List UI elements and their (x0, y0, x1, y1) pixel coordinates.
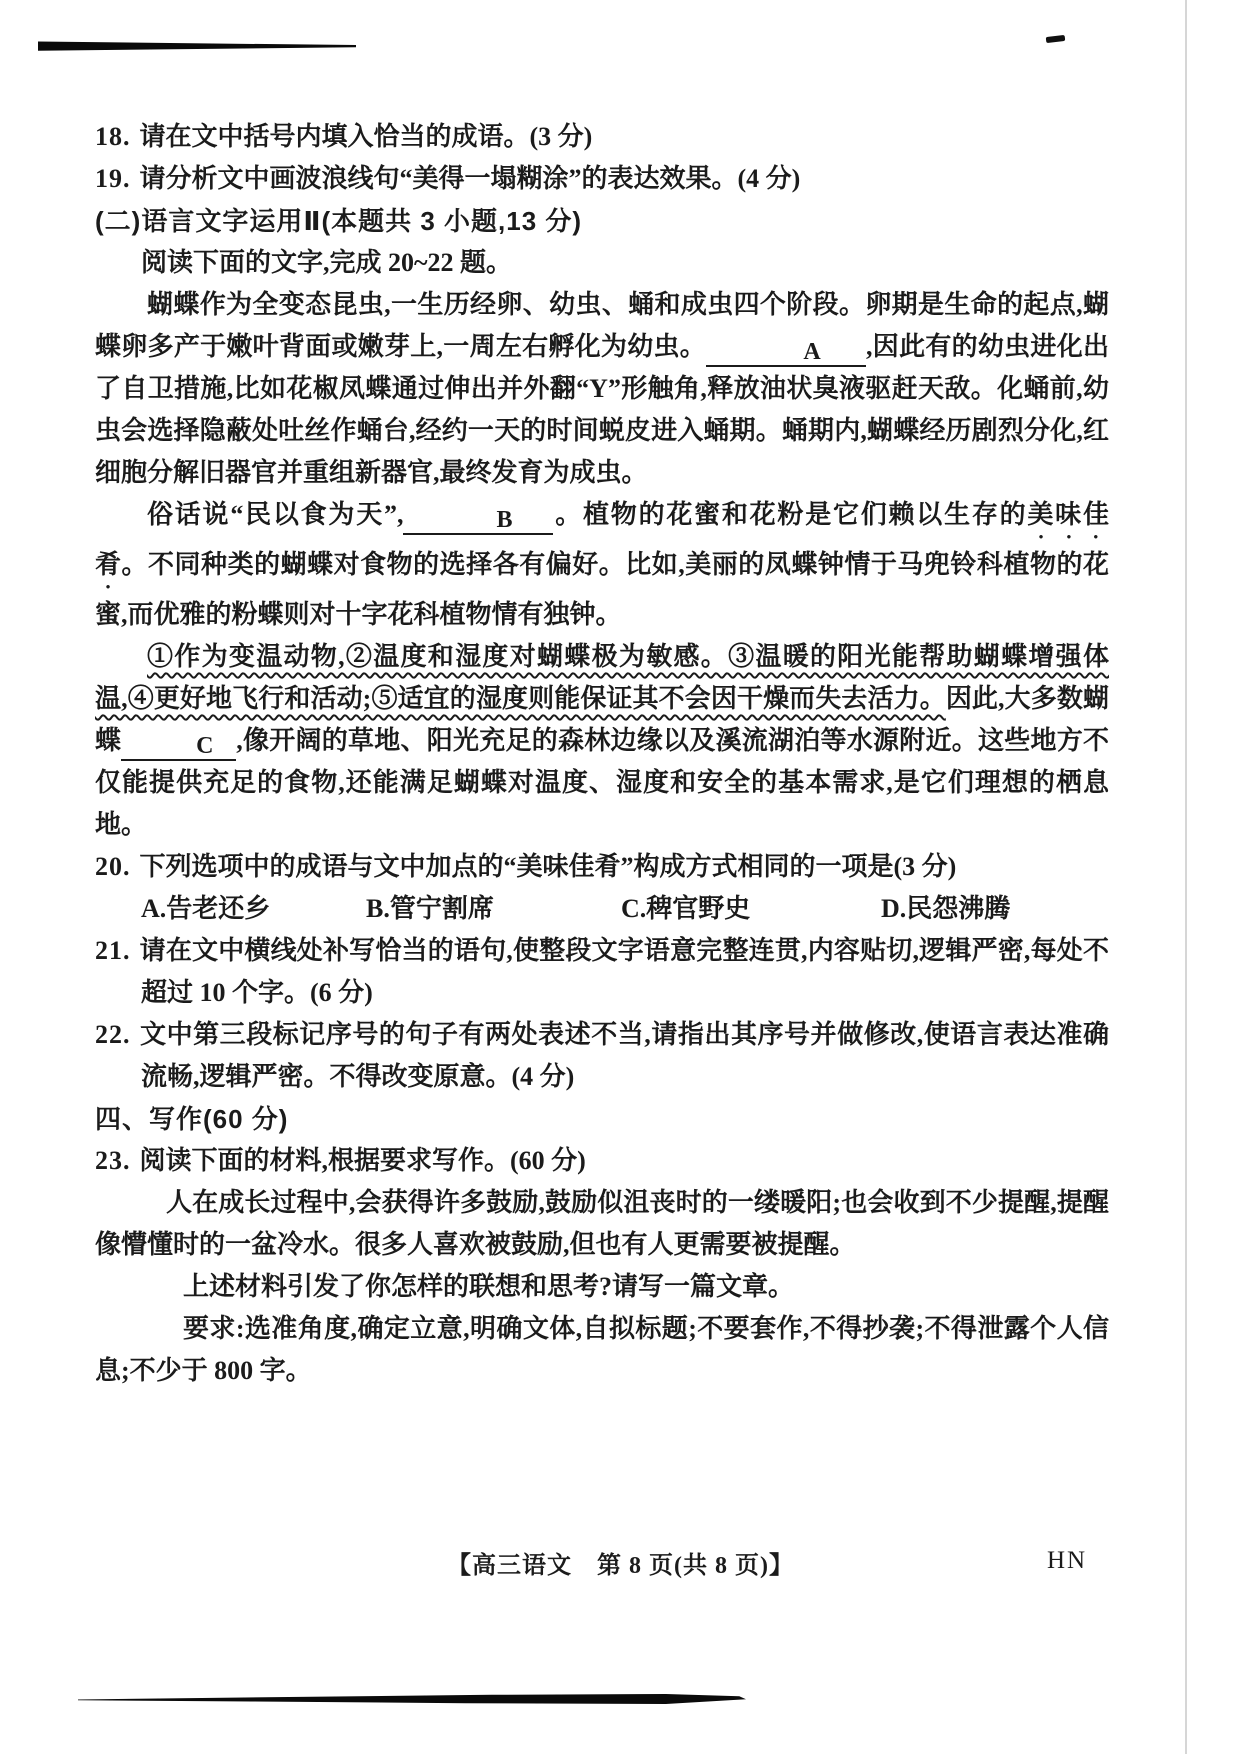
paper-code: HN (1047, 1547, 1087, 1575)
scan-artifact-top-right-dash (1046, 35, 1066, 43)
option-B: B.管宁割席 (366, 888, 621, 930)
essay-prompt: 上述材料引发了你怎样的联想和思考?请写一篇文章。 (95, 1266, 1109, 1308)
text-run: 俗话说“民以食为天”, (147, 500, 403, 529)
essay-requirements: 要求:选准角度,确定立意,明确文体,自拟标题;不要套作,不得抄袭;不得泄露个人信… (95, 1308, 1109, 1392)
text-run: ,像开阔的草地、阳光充足的森林边缘以及溪流湖泊等水源附近。这些地方不仅能提供充足… (95, 726, 1109, 839)
section-heading-writing: 四、写作(60 分) (95, 1098, 1109, 1140)
passage-paragraph-2: 俗话说“民以食为天”,B。植物的花蜜和花粉是它们赖以生存的美味佳肴。不同种类的蝴… (95, 494, 1109, 636)
answer-blank-A: A (706, 339, 866, 367)
question-23: 23.阅读下面的材料,根据要求写作。(60 分) (95, 1140, 1109, 1182)
text-run: 下列选项中的成语与文中加点的“美味佳肴”构成方式相同的一项是(3 分) (140, 852, 957, 881)
exam-content: 18.请在文中括号内填入恰当的成语。(3 分)19.请分析文中画波浪线句“美得一… (95, 116, 1109, 1392)
section-heading-language-use-2: (二)语言文字运用Ⅱ(本题共 3 小题,13 分) (95, 200, 1109, 242)
answer-blank-C: C (121, 733, 236, 761)
text-run: 。不同种类的蝴蝶对食物的选择各有偏好。比如,美丽的凤蝶钟情于马兜铃科植物的花蜜,… (95, 550, 1109, 629)
essay-material: 人在成长过程中,会获得许多鼓励,鼓励似沮丧时的一缕暖阳;也会收到不少提醒,提醒像… (95, 1182, 1109, 1266)
text-run: 请分析文中画波浪线句“美得一塌糊涂”的表达效果。(4 分) (140, 164, 801, 193)
question-number: 22. (95, 1020, 131, 1049)
text-run: 请在文中括号内填入恰当的成语。(3 分) (140, 122, 593, 151)
option-D: D.民怨沸腾 (881, 888, 1010, 930)
question-number: 19. (95, 164, 131, 193)
question-19: 19.请分析文中画波浪线句“美得一塌糊涂”的表达效果。(4 分) (95, 158, 1109, 200)
question-number: 18. (95, 122, 131, 151)
page-edge-line (1185, 0, 1187, 1754)
text-run: 阅读下面的文字,完成 20~22 题。 (141, 248, 512, 277)
text-run: 文中第三段标记序号的句子有两处表述不当,请指出其序号并做修改,使语言表达准确流畅… (140, 1020, 1110, 1091)
text-run: 四、写作(60 分) (95, 1104, 288, 1134)
text-run: 上述材料引发了你怎样的联想和思考?请写一篇文章。 (183, 1272, 794, 1301)
question-20-options: A.告老还乡B.管宁割席C.稗官野史D.民怨沸腾 (95, 888, 1109, 930)
question-number: 23. (95, 1146, 131, 1175)
text-run: 人在成长过程中,会获得许多鼓励,鼓励似沮丧时的一缕暖阳;也会收到不少提醒,提醒像… (95, 1188, 1109, 1259)
text-run: 请在文中横线处补写恰当的语句,使整段文字语意完整连贯,内容贴切,逻辑严密,每处不… (140, 936, 1110, 1007)
reading-instruction: 阅读下面的文字,完成 20~22 题。 (95, 242, 1109, 284)
question-21: 21.请在文中横线处补写恰当的语句,使整段文字语意完整连贯,内容贴切,逻辑严密,… (95, 930, 1109, 1014)
answer-blank-B: B (403, 507, 553, 535)
option-A: A.告老还乡 (141, 888, 366, 930)
scan-artifact-top-bar (38, 41, 356, 51)
question-20: 20.下列选项中的成语与文中加点的“美味佳肴”构成方式相同的一项是(3 分) (95, 846, 1109, 888)
text-run: (二)语言文字运用Ⅱ(本题共 3 小题,13 分) (95, 206, 582, 236)
text-run: 。植物的花蜜和花粉是它们赖以生存的 (553, 500, 1027, 529)
option-C: C.稗官野史 (621, 888, 881, 930)
question-18: 18.请在文中括号内填入恰当的成语。(3 分) (95, 116, 1109, 158)
text-run: 阅读下面的材料,根据要求写作。(60 分) (140, 1146, 586, 1175)
exam-page: 18.请在文中括号内填入恰当的成语。(3 分)19.请分析文中画波浪线句“美得一… (0, 0, 1240, 1754)
question-22: 22.文中第三段标记序号的句子有两处表述不当,请指出其序号并做修改,使语言表达准… (95, 1014, 1109, 1098)
text-run: 要求:选准角度,确定立意,明确文体,自拟标题;不要套作,不得抄袭;不得泄露个人信… (95, 1314, 1109, 1385)
scan-artifact-bottom-bar (78, 1694, 746, 1704)
question-number: 21. (95, 936, 131, 965)
passage-paragraph-3: ①作为变温动物,②温度和湿度对蝴蝶极为敏感。③温暖的阳光能帮助蝴蝶增强体温,④更… (95, 636, 1109, 846)
question-number: 20. (95, 852, 131, 881)
page-footer: 【高三语文 第 8 页(共 8 页)】 (447, 1545, 794, 1580)
passage-paragraph-1: 蝴蝶作为全变态昆虫,一生历经卵、幼虫、蛹和成虫四个阶段。卵期是生命的起点,蝴蝶卵… (95, 284, 1109, 494)
